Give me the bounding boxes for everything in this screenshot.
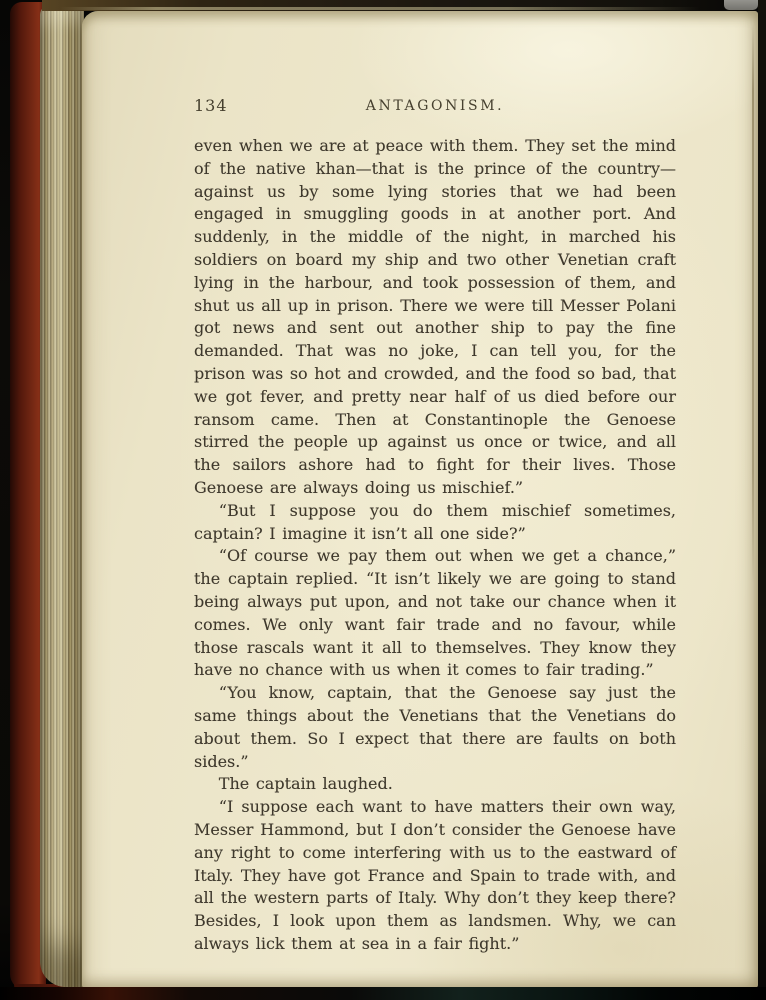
running-head-row: 134 ANTAGONISM. <box>194 96 676 115</box>
running-head: ANTAGONISM. <box>194 98 676 114</box>
book-scan-photo: 134 ANTAGONISM. even when we are at peac… <box>0 0 766 1000</box>
scanner-clip <box>724 0 758 10</box>
book-right-edge <box>758 0 766 1000</box>
page-text: even when we are at peace with them. The… <box>194 135 676 956</box>
paragraph: The captain laughed. <box>194 773 676 796</box>
paragraph: “Of course we pay them out when we get a… <box>194 545 676 682</box>
paragraph: “But I suppose you do them mischief some… <box>194 500 676 546</box>
paragraph: “You know, captain, that the Genoese say… <box>194 682 676 773</box>
page-edge-stack <box>40 5 84 987</box>
book-bottom-edge <box>0 987 766 1000</box>
paragraph: even when we are at peace with them. The… <box>194 135 676 500</box>
page-crease <box>752 24 754 584</box>
book-top-edge-highlight <box>60 7 700 10</box>
page-content: 134 ANTAGONISM. even when we are at peac… <box>194 96 676 956</box>
book-page: 134 ANTAGONISM. even when we are at peac… <box>82 11 758 988</box>
paragraph: “I suppose each want to have matters the… <box>194 796 676 956</box>
